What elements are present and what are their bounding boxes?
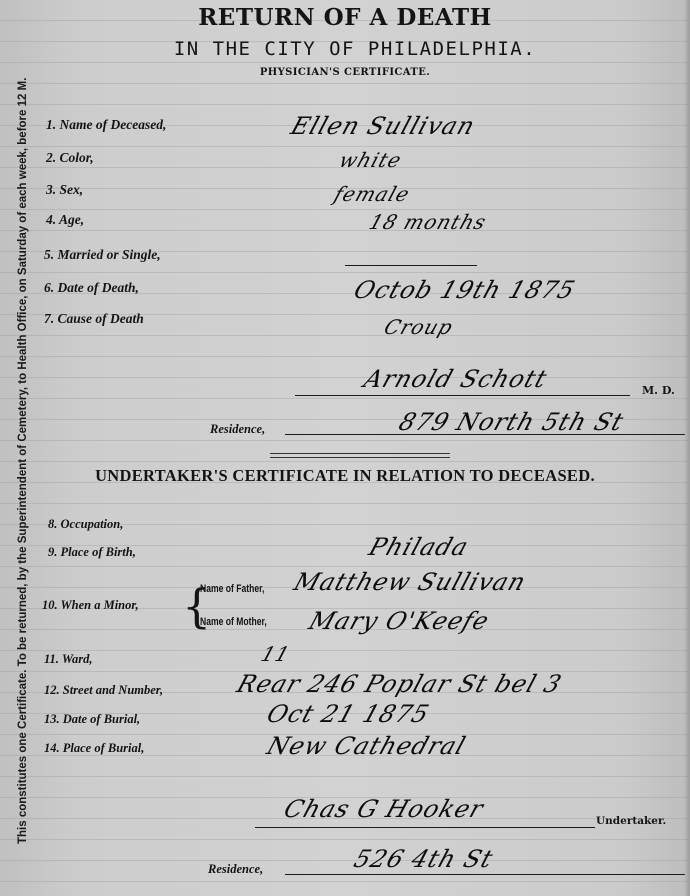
field-label-burial-date: 13. Date of Burial,: [44, 712, 140, 727]
field-value-birthplace: Philada: [365, 533, 472, 561]
field-value-father: Matthew Sullivan: [290, 568, 529, 596]
field-label-marital: 5. Married or Single,: [44, 247, 161, 263]
field-value-burial-date: Oct 21 1875: [263, 700, 433, 728]
field-value-name: Ellen Sullivan: [287, 112, 479, 140]
physician-section-heading: PHYSICIAN'S CERTIFICATE.: [0, 67, 690, 78]
field-label-burial-place: 14. Place of Burial,: [44, 741, 144, 756]
field-label-age: 4. Age,: [46, 212, 84, 228]
field-value-cause: Croup: [381, 315, 456, 339]
section-divider: [270, 453, 450, 458]
field-label-cause: 7. Cause of Death: [44, 311, 144, 327]
undertaker-residence-label: Residence,: [208, 862, 263, 877]
field-label-date-of-death: 6. Date of Death,: [44, 280, 139, 296]
field-value-street: Rear 246 Poplar St bel 3: [233, 670, 565, 698]
undertaker-section-heading: UNDERTAKER'S CERTIFICATE IN RELATION TO …: [0, 466, 690, 486]
document-subtitle: IN THE CITY OF PHILADELPHIA.: [60, 38, 650, 60]
father-label: Name of Father,: [200, 583, 264, 595]
field-value-burial-place: New Cathedral: [263, 732, 469, 760]
document-title: RETURN OF A DEATH: [0, 4, 690, 31]
field-label-minor: 10. When a Minor,: [42, 598, 139, 613]
physician-residence: 879 North 5th St: [395, 408, 627, 436]
field-value-marital-dash: [345, 265, 477, 266]
mother-label: Name of Mother,: [200, 616, 267, 628]
field-value-age: 18 months: [366, 210, 490, 234]
undertaker-signature-line: [255, 827, 595, 828]
field-label-name: 1. Name of Deceased,: [46, 117, 166, 133]
physician-signature-line: [295, 395, 630, 396]
paper-edge-shadow: [684, 0, 690, 896]
field-label-street: 12. Street and Number,: [44, 683, 163, 698]
undertaker-residence-line: [285, 874, 685, 875]
field-label-occupation: 8. Occupation,: [48, 517, 123, 532]
undertaker-signature: Chas G Hooker: [280, 795, 487, 823]
field-label-sex: 3. Sex,: [46, 182, 83, 198]
field-value-sex: female: [331, 182, 413, 206]
undertaker-suffix: Undertaker.: [596, 815, 666, 827]
md-suffix: M. D.: [642, 384, 675, 397]
vertical-instructions: This constitutes one Certificate. To be …: [10, 0, 36, 896]
field-label-color: 2. Color,: [46, 150, 94, 166]
physician-signature: Arnold Schott: [360, 365, 551, 393]
undertaker-residence: 526 4th St: [350, 845, 497, 873]
field-label-ward: 11. Ward,: [44, 652, 93, 667]
field-label-birthplace: 9. Place of Birth,: [48, 545, 136, 560]
field-value-mother: Mary O'Keefe: [305, 607, 493, 635]
field-value-date-of-death: Octob 19th 1875: [350, 276, 579, 304]
physician-residence-label: Residence,: [210, 422, 265, 437]
field-value-color: white: [336, 148, 405, 172]
